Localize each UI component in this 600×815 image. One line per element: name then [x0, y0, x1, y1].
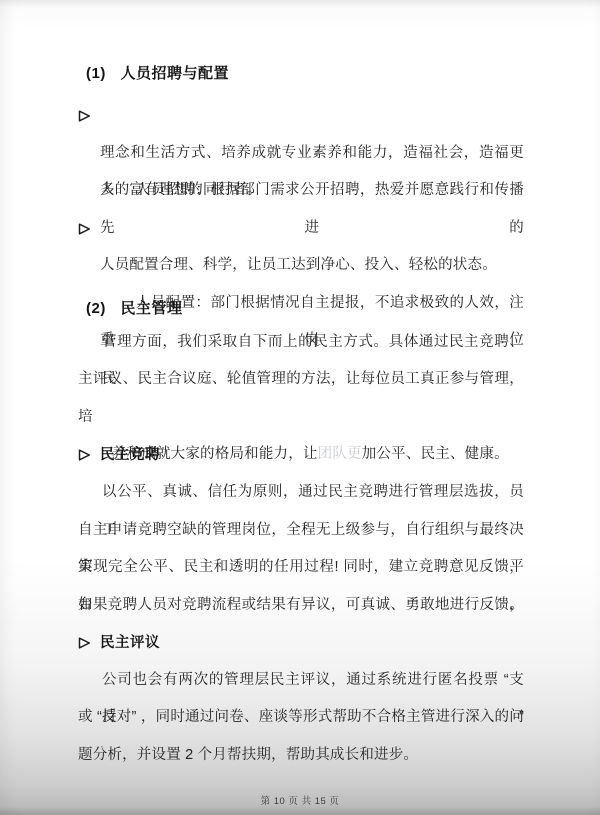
heading-title: 人员招聘与配置: [121, 64, 230, 84]
bullet-item-staffing: 人员配置：部门根据情况自主提报，不追求极致的人效，注重岗位 人员配置合理、科学，…: [78, 210, 524, 285]
heading-number: (1): [86, 64, 106, 84]
paragraph-line: 以公平、真诚、信任为原则，通过民主竞聘进行管理层选拔，员工: [78, 474, 524, 512]
document-content: (1) 人员招聘与配置 人员招聘：根据部门需求公开招聘，热爱并愿意践行和传播先进…: [78, 0, 524, 774]
paragraph-line: 题分析，并设置 2 个月帮扶期，帮助其成长和进步。: [78, 737, 524, 775]
subheading-democratic-recruitment: 民主竞聘: [78, 445, 524, 465]
bullet-text-line: 人员招聘：根据部门需求公开招聘，热爱并愿意践行和传播先进的: [78, 97, 524, 135]
document-page: (1) 人员招聘与配置 人员招聘：根据部门需求公开招聘，热爱并愿意践行和传播先进…: [0, 0, 600, 815]
paragraph-line: 自主申请竞聘空缺的管理岗位，全程无上级参与，自行组织与最终决策，: [78, 512, 524, 550]
page-footer: 第 10 页 共 15 页: [0, 793, 600, 807]
bullet-text-line: 理念和生活方式、培养成就专业素养和能力，造福社会，造福更多: [78, 135, 524, 173]
paragraph-democratic-review: 公司也会有两次的管理层民主评议，通过系统进行匿名投票 “支持” 或 “反对” ，…: [78, 662, 524, 775]
section-heading-recruitment: (1) 人员招聘与配置: [86, 64, 524, 84]
subheading-democratic-review: 民主评议: [78, 633, 524, 653]
paragraph-line: 如果竞聘人员对竞聘流程或结果有异议，可真诚、勇敢地进行反馈。: [78, 587, 524, 625]
arrowhead-right-icon: [78, 449, 91, 461]
paragraph-line: 养和成就大家的格局和能力，让团队更加公平、民主、健康。: [78, 399, 524, 437]
paragraph-line: 公司也会有两次的管理层民主评议，通过系统进行匿名投票 “支持”: [78, 662, 524, 700]
bullet-text-line: 人员配置：部门根据情况自主提报，不追求极致的人效，注重岗位: [78, 210, 524, 248]
paragraph-democratic-recruitment: 以公平、真诚、信任为原则，通过民主竞聘进行管理层选拔，员工 自主申请竞聘空缺的管…: [78, 474, 524, 624]
arrowhead-right-icon: [78, 110, 91, 122]
arrowhead-right-icon: [78, 637, 91, 649]
subheading-label: 民主竞聘: [100, 447, 160, 463]
arrowhead-right-icon: [78, 223, 91, 235]
bullet-text-line: 人员配置合理、科学，让员工达到净心、投入、轻松的状态。: [78, 247, 524, 285]
bullet-item-recruitment: 人员招聘：根据部门需求公开招聘，热爱并愿意践行和传播先进的 理念和生活方式、培养…: [78, 97, 524, 210]
bullet-text: 人员配置：部门根据情况自主提报，不追求极致的人效，注重岗位: [100, 295, 524, 349]
paragraph-line: 主评议、民主合议庭、轮值管理的方法，让每位员工真正参与管理，培: [78, 361, 524, 399]
paragraph-line: 实现完全公平、民主和透明的任用过程! 同时，建立竞聘意见反馈平台，: [78, 549, 524, 587]
paragraph-line: 或 “反对” ，同时通过问卷、座谈等形式帮助不合格主管进行深入的问: [78, 699, 524, 737]
subheading-label: 民主评议: [100, 635, 160, 651]
